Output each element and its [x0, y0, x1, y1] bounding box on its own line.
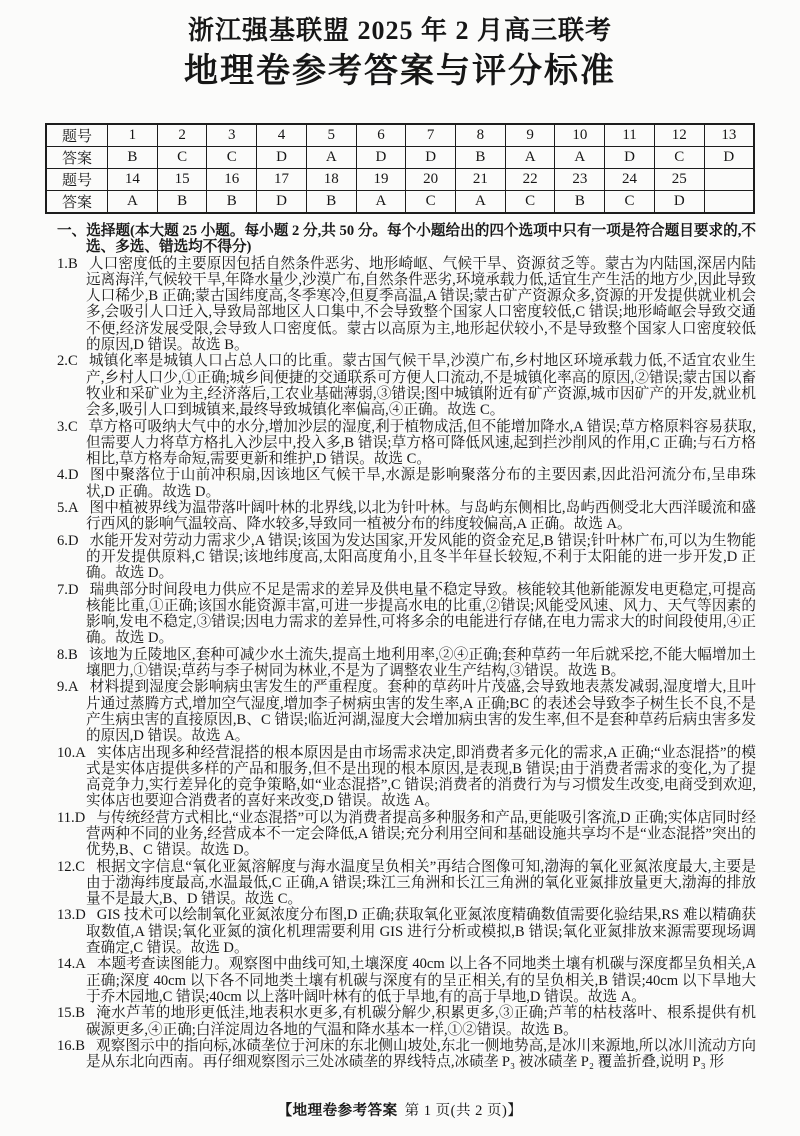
question-number-cell: 11 — [605, 124, 655, 147]
section-heading: 一、选择题(本大题 25 小题。每小题 2 分,共 50 分。每个小题给出的四个… — [57, 223, 756, 256]
item-text: 本题考查读图能力。观察图中曲线可知,土壤深度 40cm 以上各不同地类土壤有机碳… — [86, 956, 756, 1005]
answer-item: 3.C草方格可吸纳大气中的水分,增加沙层的湿度,利于植物成活,但不能增加降水,A… — [57, 419, 756, 468]
answer-item: 11.D与传统经营方式相比,“业态混搭”可以为消费者提高多种服务和产品,更能吸引… — [57, 810, 756, 859]
answer-cell: D — [356, 147, 406, 169]
answer-cell — [704, 191, 754, 214]
item-text: 观察图示中的指向标,冰碛垄位于河床的东北侧山坡处,东北一侧地势高,是冰川来源地,… — [86, 1038, 756, 1070]
answer-cell: C — [605, 191, 655, 214]
answer-table-row: 题号12345678910111213 — [46, 124, 754, 147]
answer-item: 4.D图中聚落位于山前冲积扇,因该地区气候干旱,水源是影响聚落分布的主要因素,因… — [57, 467, 756, 500]
item-text: 图中聚落位于山前冲积扇,因该地区气候干旱,水源是影响聚落分布的主要因素,因此沿河… — [86, 467, 756, 499]
answer-cell: A — [456, 191, 506, 214]
item-text: 草方格可吸纳大气中的水分,增加沙层的湿度,利于植物成活,但不能增加降水,A 错误… — [86, 419, 756, 468]
question-number-cell: 20 — [406, 169, 456, 191]
item-text: 人口密度低的主要原因包括自然条件恶劣、地形崎岖、气候干旱、资源贫乏等。蒙古为内陆… — [86, 256, 756, 353]
question-number-cell: 16 — [207, 169, 257, 191]
answer-item: 14.A本题考查读图能力。观察图中曲线可知,土壤深度 40cm 以上各不同地类土… — [57, 956, 756, 1005]
item-label: 9.A — [57, 679, 79, 695]
answer-key-page: 浙江强基联盟 2025 年 2 月高三联考 地理卷参考答案与评分标准 题号123… — [0, 0, 800, 1136]
item-text: 水能开发对劳动力需求少,A 错误;该国为发达国家,开发风能的资金充足,B 错误;… — [86, 533, 756, 582]
item-label: 10.A — [57, 745, 86, 761]
answer-cell: A — [306, 147, 356, 169]
footer-label: 【地理卷参考答案 — [278, 1103, 398, 1119]
answer-cell: B — [555, 191, 605, 214]
question-number-cell: 13 — [704, 124, 754, 147]
answer-item: 2.C城镇化率是城镇人口占总人口的比重。蒙古国气候干旱,沙漠广布,乡村地区环境承… — [57, 353, 756, 418]
answer-item: 1.B人口密度低的主要原因包括自然条件恶劣、地形崎岖、气候干旱、资源贫乏等。蒙古… — [57, 256, 756, 354]
answer-cell: A — [555, 147, 605, 169]
answer-cell: C — [207, 147, 257, 169]
answer-cell: D — [257, 147, 307, 169]
question-number-cell: 12 — [654, 124, 704, 147]
answer-item: 16.B观察图示中的指向标,冰碛垄位于河床的东北侧山坡处,东北一侧地势高,是冰川… — [57, 1038, 756, 1071]
question-number-cell: 7 — [406, 124, 456, 147]
item-label: 12.C — [57, 859, 85, 875]
answer-table-wrap: 题号12345678910111213答案BCCDADDBAADCD题号1415… — [45, 123, 755, 214]
question-number-cell: 18 — [306, 169, 356, 191]
question-number-cell: 6 — [356, 124, 406, 147]
item-label: 15.B — [57, 1005, 85, 1021]
item-text: 图中植被界线为温带落叶阔叶林的北界线,以北为针叶林。与岛屿东侧相比,岛屿西侧受北… — [86, 500, 756, 532]
answer-item: 6.D水能开发对劳动力需求少,A 错误;该国为发达国家,开发风能的资金充足,B … — [57, 533, 756, 582]
answer-cell: D — [257, 191, 307, 214]
answer-cell: B — [207, 191, 257, 214]
answer-table-row: 答案BCCDADDBAADCD — [46, 147, 754, 169]
question-number-cell: 22 — [505, 169, 555, 191]
answer-item: 13.DGIS 技术可以绘制氧化亚氮浓度分布图,D 正确;获取氧化亚氮浓度精确数… — [57, 907, 756, 956]
answer-item: 10.A实体店出现多种经营混搭的根本原因是由市场需求决定,即消费者多元化的需求,… — [57, 745, 756, 810]
question-number-cell: 25 — [654, 169, 704, 191]
row-header-cell: 题号 — [46, 169, 108, 191]
item-text: 瑞典部分时间段电力供应不足是需求的差异及供电量不稳定导致。核能较其他新能源发电更… — [86, 582, 756, 647]
item-text: GIS 技术可以绘制氧化亚氮浓度分布图,D 正确;获取氧化亚氮浓度精确数值需要化… — [86, 907, 756, 956]
exam-title: 浙江强基联盟 2025 年 2 月高三联考 — [0, 0, 800, 47]
item-label: 16.B — [57, 1038, 85, 1054]
item-text: 城镇化率是城镇人口占总人口的比重。蒙古国气候干旱,沙漠广布,乡村地区环境承载力低… — [86, 353, 756, 418]
question-number-cell: 2 — [157, 124, 207, 147]
item-text: 淹水芦苇的地形更低洼,地表积水更多,有机碳分解少,积累更多,③正确;芦苇的枯枝落… — [86, 1005, 756, 1037]
answer-cell: D — [406, 147, 456, 169]
answer-cell: B — [306, 191, 356, 214]
answer-cell: D — [654, 191, 704, 214]
answer-item: 15.B淹水芦苇的地形更低洼,地表积水更多,有机碳分解少,积累更多,③正确;芦苇… — [57, 1005, 756, 1038]
row-header-cell: 答案 — [46, 191, 108, 214]
question-number-cell: 10 — [555, 124, 605, 147]
question-number-cell: 1 — [108, 124, 158, 147]
answer-cell: A — [356, 191, 406, 214]
answer-cell: C — [505, 191, 555, 214]
item-label: 6.D — [57, 533, 79, 549]
item-text: 实体店出现多种经营混搭的根本原因是由市场需求决定,即消费者多元化的需求,A 正确… — [86, 745, 756, 810]
answer-items: 1.B人口密度低的主要原因包括自然条件恶劣、地形崎岖、气候干旱、资源贫乏等。蒙古… — [57, 256, 756, 1071]
item-label: 11.D — [57, 810, 85, 826]
answer-cell: C — [157, 147, 207, 169]
answer-cell: D — [704, 147, 754, 169]
item-label: 2.C — [57, 353, 78, 369]
answer-cell: C — [654, 147, 704, 169]
item-text: 该地为丘陵地区,套种可减少水土流失,提高土地利用率,②④正确;套种草药一年后就采… — [86, 647, 756, 679]
item-text: 与传统经营方式相比,“业态混搭”可以为消费者提高多种服务和产品,更能吸引客流,D… — [86, 810, 756, 859]
answer-item: 9.A材料提到湿度会影响病虫害发生的严重程度。套种的草药叶片茂盛,会导致地表蒸发… — [57, 679, 756, 744]
row-header-cell: 题号 — [46, 124, 108, 147]
answer-table-row: 答案ABBDBACACBCD — [46, 191, 754, 214]
question-number-cell: 4 — [257, 124, 307, 147]
question-number-cell: 21 — [456, 169, 506, 191]
question-number-cell: 24 — [605, 169, 655, 191]
question-number-cell: 23 — [555, 169, 605, 191]
question-number-cell: 14 — [108, 169, 158, 191]
answer-cell: B — [108, 147, 158, 169]
row-header-cell: 答案 — [46, 147, 108, 169]
item-label: 1.B — [57, 256, 78, 272]
item-label: 8.B — [57, 647, 78, 663]
answer-table-body: 题号12345678910111213答案BCCDADDBAADCD题号1415… — [46, 124, 754, 213]
answer-item: 12.C根据文字信息“氧化亚氮溶解度与海水温度呈负相关”再结合图像可知,渤海的氧… — [57, 859, 756, 908]
item-label: 3.C — [57, 419, 78, 435]
item-text: 材料提到湿度会影响病虫害发生的严重程度。套种的草药叶片茂盛,会导致地表蒸发减弱,… — [86, 679, 756, 744]
question-number-cell: 5 — [306, 124, 356, 147]
page-footer: 【地理卷参考答案第 1 页(共 2 页)】 — [0, 1099, 800, 1120]
item-text: 根据文字信息“氧化亚氮溶解度与海水温度呈负相关”再结合图像可知,渤海的氧化亚氮浓… — [86, 859, 756, 908]
answer-cell: B — [157, 191, 207, 214]
question-number-cell: 3 — [207, 124, 257, 147]
question-number-cell: 9 — [505, 124, 555, 147]
question-number-cell: 19 — [356, 169, 406, 191]
item-label: 5.A — [57, 500, 79, 516]
item-label: 14.A — [57, 956, 86, 972]
question-number-cell — [704, 169, 754, 191]
page-title: 地理卷参考答案与评分标准 — [0, 51, 800, 93]
answer-cell: A — [108, 191, 158, 214]
item-label: 13.D — [57, 907, 86, 923]
answer-table: 题号12345678910111213答案BCCDADDBAADCD题号1415… — [45, 123, 755, 214]
answer-cell: C — [406, 191, 456, 214]
question-number-cell: 17 — [257, 169, 307, 191]
question-number-cell: 8 — [456, 124, 506, 147]
answer-cell: A — [505, 147, 555, 169]
answer-item: 8.B该地为丘陵地区,套种可减少水土流失,提高土地利用率,②④正确;套种草药一年… — [57, 647, 756, 680]
answer-table-row: 题号141516171819202122232425 — [46, 169, 754, 191]
answer-item: 5.A图中植被界线为温带落叶阔叶林的北界线,以北为针叶林。与岛屿东侧相比,岛屿西… — [57, 500, 756, 533]
item-label: 7.D — [57, 582, 79, 598]
footer-page-number: 第 1 页(共 2 页)】 — [405, 1103, 523, 1119]
answer-item: 7.D瑞典部分时间段电力供应不足是需求的差异及供电量不稳定导致。核能较其他新能源… — [57, 582, 756, 647]
answer-cell: D — [605, 147, 655, 169]
answer-cell: B — [456, 147, 506, 169]
question-number-cell: 15 — [157, 169, 207, 191]
item-label: 4.D — [57, 467, 79, 483]
explanations-content: 一、选择题(本大题 25 小题。每小题 2 分,共 50 分。每个小题给出的四个… — [0, 214, 800, 1070]
